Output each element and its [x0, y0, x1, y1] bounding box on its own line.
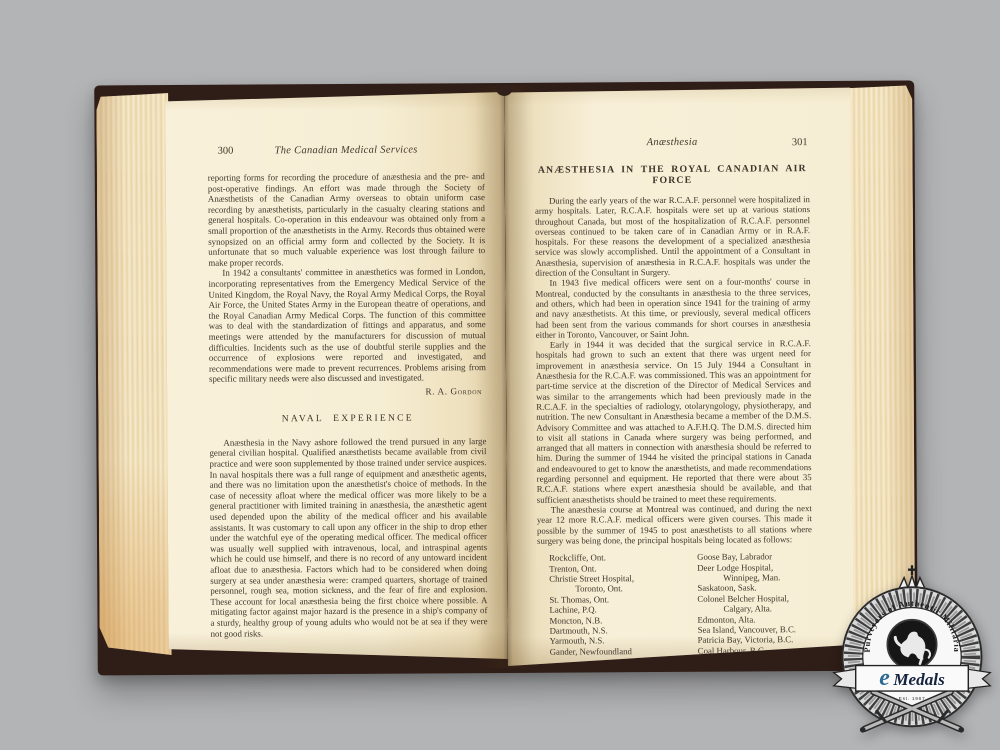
list-item: Calgary, Alta.: [697, 603, 812, 614]
paragraph: Anæsthesia in the Navy ashore followed t…: [209, 436, 487, 639]
page-edges-left: [96, 93, 171, 655]
paragraph: In 1942 a consultants' committee in anæs…: [208, 266, 486, 384]
paragraph: During the early years of the war R.C.A.…: [535, 194, 810, 278]
hospital-column-left: Rockcliffe, Ont. Trenton, Ont. Christie …: [549, 552, 698, 657]
list-item: Sea Island, Vancouver, B.C.: [698, 624, 813, 635]
emedals-watermark: Purveyors of Authentic Militaria e Medal…: [824, 560, 1000, 750]
running-title: Anæsthesia: [535, 136, 810, 149]
list-item: Deer Lodge Hospital,: [697, 562, 812, 573]
list-item: Patricia Bay, Victoria, B.C.: [698, 634, 813, 645]
left-page-content: 300 The Canadian Medical Services report…: [208, 144, 488, 639]
paragraph: The anæsthesia course at Montreal was co…: [537, 503, 812, 546]
paragraph: Early in 1944 it was decided that the su…: [536, 338, 812, 504]
section-heading: ANÆSTHESIA IN THE ROYAL CANADIAN AIR FOR…: [535, 163, 810, 187]
list-item: Saskatoon, Sask.: [697, 582, 812, 593]
section-heading: NAVAL EXPERIENCE: [209, 412, 486, 425]
right-page-header: Anæsthesia 301: [535, 136, 810, 153]
left-page: 300 The Canadian Medical Services report…: [165, 92, 507, 661]
hospital-list: Rockcliffe, Ont. Trenton, Ont. Christie …: [537, 551, 813, 657]
est-text: Est. 1967: [899, 696, 926, 702]
list-item: Goose Bay, Labrador: [697, 551, 812, 562]
list-item: Edmonton, Alta.: [697, 614, 812, 625]
author-signature: R. A. Gordon: [209, 386, 486, 398]
horse-icon: [887, 620, 936, 669]
photo-scene: 300 The Canadian Medical Services report…: [0, 0, 1000, 750]
left-page-header: 300 The Canadian Medical Services: [208, 144, 485, 161]
paragraph: In 1943 five medical officers were sent …: [535, 276, 810, 339]
list-item: Gander, Newfoundland: [550, 646, 698, 657]
list-item: Colonel Belcher Hospital,: [697, 593, 812, 604]
hospital-column-right: Goose Bay, Labrador Deer Lodge Hospital,…: [697, 551, 813, 656]
page-number: 301: [792, 137, 808, 148]
right-page: Anæsthesia 301 ANÆSTHESIA IN THE ROYAL C…: [504, 86, 854, 666]
running-title: The Canadian Medical Services: [208, 144, 485, 157]
paragraph: reporting forms for recording the proced…: [208, 171, 486, 268]
right-page-content: Anæsthesia 301 ANÆSTHESIA IN THE ROYAL C…: [535, 136, 813, 657]
list-item: Winnipeg, Man.: [697, 572, 812, 583]
